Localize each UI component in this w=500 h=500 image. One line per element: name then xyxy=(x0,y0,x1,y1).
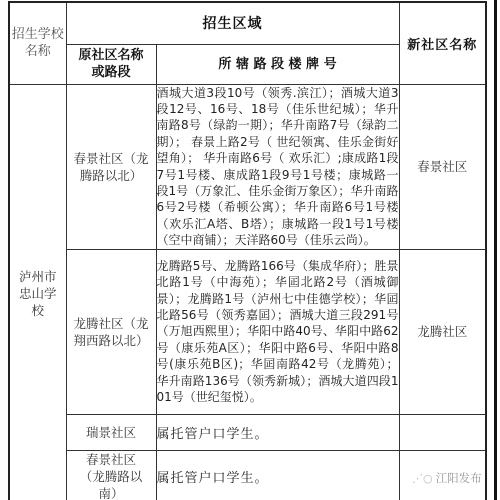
old-community-cell: 春景社区（龙腾路以北） xyxy=(66,84,156,249)
roads-cell: 酒城大道3段10号（领秀.滨江）；酒城大道3段12号、16号、18号（佳乐世纪城… xyxy=(156,84,399,249)
table-row: 泸州市忠山学校 春景社区（龙腾路以北） 酒城大道3段10号（领秀.滨江）；酒城大… xyxy=(9,84,486,249)
new-community-cell: 春景社区 xyxy=(399,84,486,249)
roads-cell: 龙腾路5号、龙腾路166号（集成华府）；胜景北路1号（中海苑）；华囸北路2号（酒… xyxy=(156,249,399,414)
school-name-cell: 泸州市忠山学校 xyxy=(9,84,66,500)
old-community-cell: 瑞景社区 xyxy=(66,414,156,450)
header-enrollment-zone: 招生区域 xyxy=(66,2,399,44)
header-new-community: 新社区名称 xyxy=(399,2,486,84)
old-community-cell: 龙腾社区（龙翔西路以北） xyxy=(66,249,156,414)
table-row: 瑞景社区 属托管户口学生。 xyxy=(9,414,486,450)
roads-cell: 属托管户口学生。 xyxy=(156,414,399,450)
roads-cell: 属托管户口学生。 xyxy=(156,450,399,500)
header-school-name: 招生学校名称 xyxy=(9,2,66,84)
header-roads: 所 辖 路 段 楼 牌 号 xyxy=(156,44,399,84)
table-row: 龙腾社区（龙翔西路以北） 龙腾路5号、龙腾路166号（集成华府）；胜景北路1号（… xyxy=(9,249,486,414)
wechat-logo-icon: ⋰○ xyxy=(412,472,433,485)
old-community-cell: 春景社区（龙腾路以南） xyxy=(66,450,156,500)
new-community-cell xyxy=(399,414,486,450)
watermark: ⋰○江阳发布 xyxy=(412,470,482,486)
enrollment-zone-table: 招生学校名称 招生区域 新社区名称 原社区名称或路段 所 辖 路 段 楼 牌 号… xyxy=(8,1,487,500)
header-old-community: 原社区名称或路段 xyxy=(66,44,156,84)
watermark-text: 江阳发布 xyxy=(436,471,482,485)
new-community-cell: 龙腾社区 xyxy=(399,249,486,414)
right-edge-bar xyxy=(494,0,497,500)
